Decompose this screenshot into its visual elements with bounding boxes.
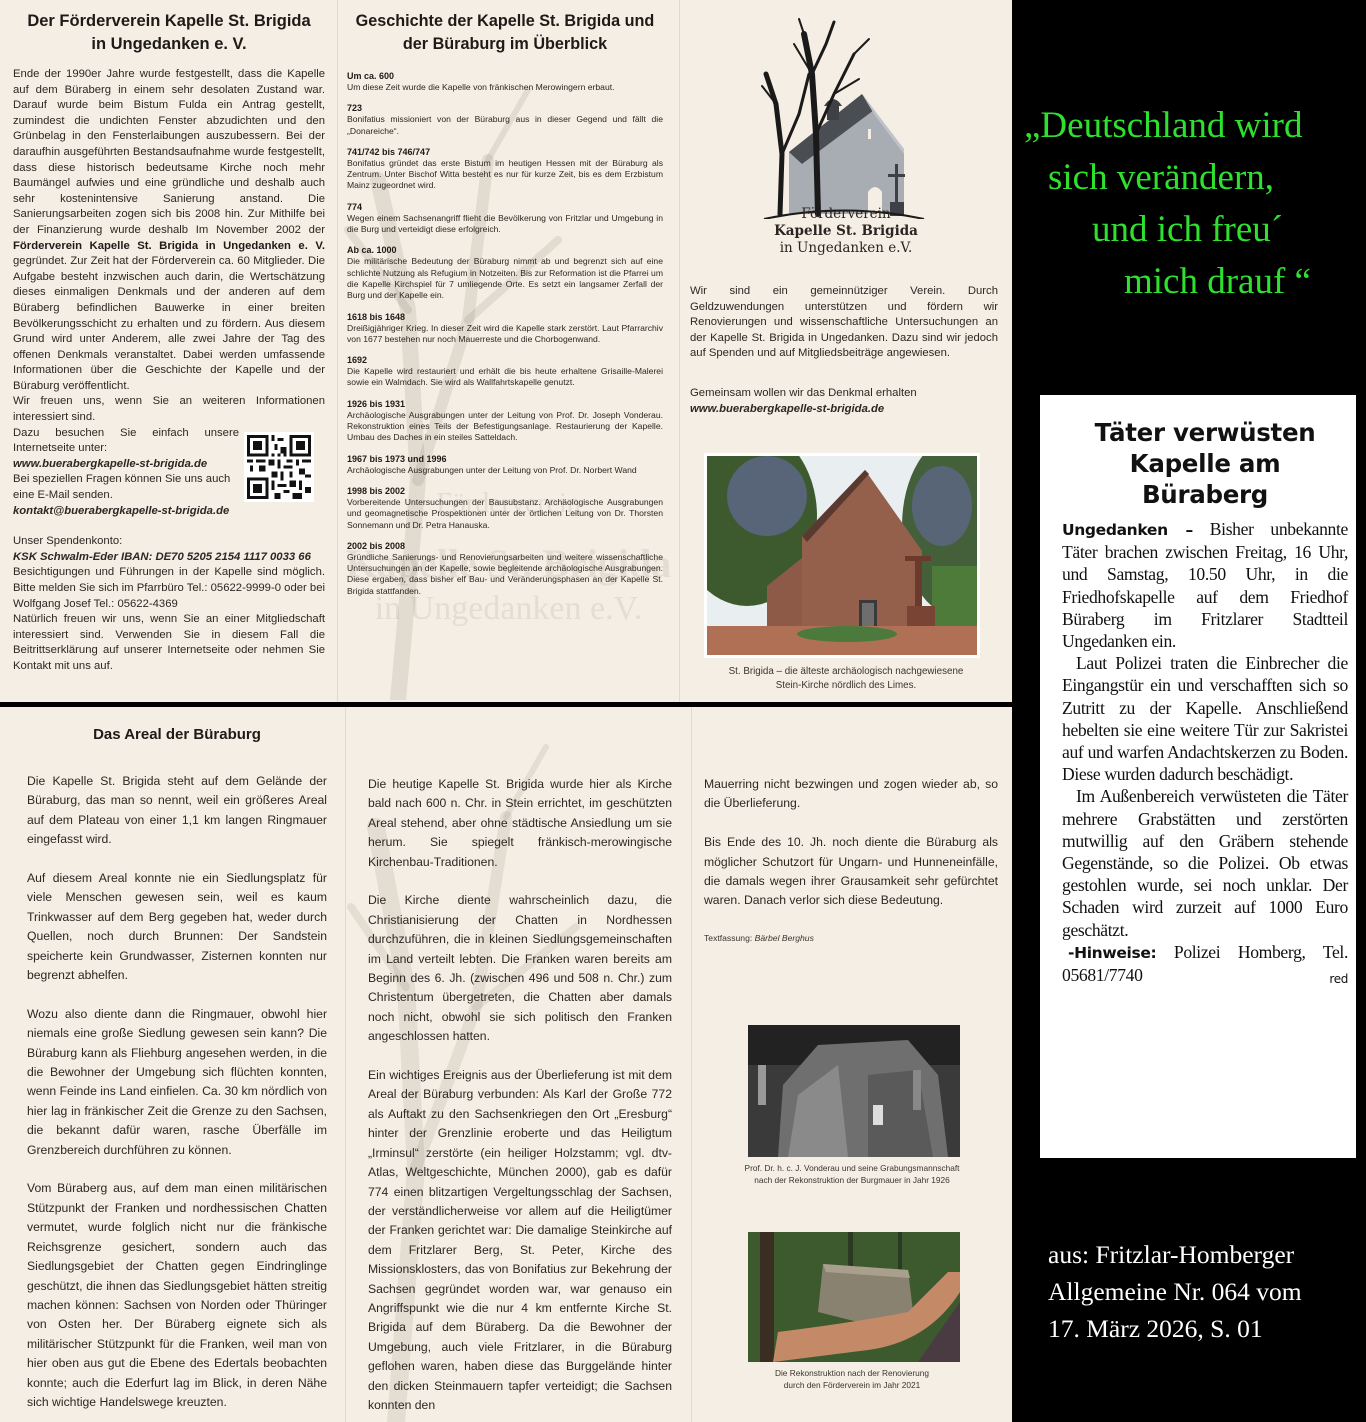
dateline: Ungedanken –	[1062, 521, 1193, 539]
text-run: gegründet. Zur Zeit hat der Förderverein…	[13, 255, 325, 392]
timeline-text: Die militärische Bedeutung der Büraburg …	[347, 256, 663, 301]
timeline-entry: Ab ca. 1000Die militärische Bedeutung de…	[347, 244, 663, 301]
panel-chapel-history: Die heutige Kapelle St. Brigida wurde hi…	[346, 707, 692, 1422]
author-tag: red	[1323, 968, 1348, 990]
timeline-text: Bonifatius missioniert von der Büraburg …	[347, 114, 663, 137]
paragraph: Vom Büraberg aus, auf dem man einen mili…	[27, 1179, 327, 1412]
timeline-entry: 1692Die Kapelle wird restauriert und erh…	[347, 354, 663, 389]
panel-foerderverein: Der Förderverein Kapelle St. Brigida in …	[0, 0, 338, 702]
title-line: in Ungedanken e. V.	[13, 33, 325, 56]
quote-line: sich verändern,	[1022, 152, 1362, 204]
timeline-year: 2002 bis 2008	[347, 540, 663, 552]
timeline-year: Um ca. 600	[347, 70, 663, 82]
paragraph: Mauerring nicht bezwingen und zogen wied…	[704, 775, 998, 814]
continuation-text: Mauerring nicht bezwingen und zogen wied…	[704, 775, 998, 911]
chapel-photo-caption: St. Brigida – die älteste archäologisch …	[680, 665, 1012, 693]
timeline-year: 1926 bis 1931	[347, 398, 663, 410]
title-line: Der Förderverein Kapelle St. Brigida	[13, 10, 325, 33]
paragraph: Die heutige Kapelle St. Brigida wurde hi…	[368, 775, 672, 872]
donation-account: KSK Schwalm-Eder IBAN: DE70 5205 2154 11…	[13, 550, 325, 566]
title-line: der Büraburg im Überblick	[347, 33, 663, 56]
timeline-text: Archäologische Ausgrabungen unter der Le…	[347, 465, 663, 476]
timeline-entry: Um ca. 600Um diese Zeit wurde die Kapell…	[347, 70, 663, 93]
paragraph: Laut Polizei traten die Einbrecher die E…	[1062, 652, 1348, 785]
panel-title: Geschichte der Kapelle St. Brigida und d…	[347, 10, 663, 56]
timeline-entry: 723Bonifatius missioniert von der Bürabu…	[347, 102, 663, 137]
paragraph: Im Außenbereich verwüsteten die Täter me…	[1062, 785, 1348, 940]
timeline-entry: 741/742 bis 746/747Bonifatius gründet da…	[347, 146, 663, 192]
timeline-entry: 1618 bis 1648Dreißigjähriger Krieg. In d…	[347, 311, 663, 346]
timeline-year: 1618 bis 1648	[347, 311, 663, 323]
caption-line: St. Brigida – die älteste archäologisch …	[680, 665, 1012, 679]
source-line: 17. März 2026, S. 01	[1048, 1310, 1366, 1347]
panel-continuation: Mauerring nicht bezwingen und zogen wied…	[692, 707, 1012, 1422]
source-line: Allgemeine Nr. 064 vom	[1048, 1273, 1366, 1310]
caption-line: Stein-Kirche nördlich des Limes.	[680, 679, 1012, 693]
intro-text: Wir sind ein gemeinnütziger Verein. Durc…	[690, 284, 998, 362]
timeline-text: Vorbereitende Untersuchungen der Bausubs…	[347, 497, 663, 531]
excavation-photo-caption: Prof. Dr. h. c. J. Vonderau und seine Gr…	[692, 1162, 1012, 1186]
reconstruction-2021-photo	[748, 1232, 960, 1362]
excavation-1926-photo	[748, 1025, 960, 1157]
timeline-text: Gründliche Sanierungs- und Renovierungsa…	[347, 552, 663, 597]
timeline-year: 1998 bis 2002	[347, 485, 663, 497]
chapel-photo-image	[707, 456, 977, 655]
headline-line: Täter verwüsten	[1062, 417, 1348, 448]
interest-text: Wir freuen uns, wenn Sie an weiteren Inf…	[13, 394, 325, 425]
membership-text: Natürlich freuen wir uns, wenn Sie an ei…	[13, 612, 325, 674]
paragraph: Auf diesem Areal konnte nie ein Siedlung…	[27, 869, 327, 985]
timeline-text: Die Kapelle wird restauriert und erhält …	[347, 366, 663, 389]
source-citation: aus: Fritzlar-Homberger Allgemeine Nr. 0…	[1048, 1236, 1366, 1347]
paragraph: Ungedanken – Bisher unbekannte Täter bra…	[1062, 518, 1348, 652]
logo-line: in Ungedanken e.V.	[680, 240, 1012, 257]
green-quote: „Deutschland wird sich verändern, und ic…	[1022, 100, 1362, 308]
paragraph: Die Kapelle St. Brigida steht auf dem Ge…	[27, 772, 327, 850]
association-history-text: Ende der 1990er Jahre wurde festgestellt…	[13, 67, 325, 394]
chapel-photo	[704, 453, 980, 658]
credit-label: Textfassung:	[704, 933, 752, 943]
timeline-text: Archäologische Ausgrabungen unter der Le…	[347, 410, 663, 444]
logo-line: Förderverein	[680, 206, 1012, 223]
tours-text: Besichtigungen und Führungen in der Kape…	[13, 565, 325, 612]
email-link[interactable]: kontakt@buerabergkapelle-st-brigida.de	[13, 504, 325, 520]
together-text: Gemeinsam wollen wir das Denkmal erhalte…	[690, 386, 998, 402]
quote-line: und ich freu´	[1022, 204, 1362, 256]
timeline-entry: 1926 bis 1931Archäologische Ausgrabungen…	[347, 398, 663, 444]
timeline-year: 1967 bis 1973 und 1996	[347, 453, 663, 465]
credit-name: Bärbel Berghus	[755, 933, 814, 943]
timeline-year: 741/742 bis 746/747	[347, 146, 663, 158]
panel-cover: Förderverein Kapelle St. Brigida in Unge…	[680, 0, 1012, 702]
excavation-photo-image	[748, 1025, 960, 1157]
paragraph: Bis Ende des 10. Jh. noch diente die Bür…	[704, 833, 998, 911]
timeline-entry: 1967 bis 1973 und 1996Archäologische Aus…	[347, 453, 663, 476]
caption-line: Die Rekonstruktion nach der Renovierung	[692, 1367, 1012, 1379]
panel-history-timeline: Förderverein Kapelle St. Brigida in Unge…	[338, 0, 680, 702]
hint-label: -Hinweise:	[1068, 944, 1156, 962]
timeline-entry: 774Wegen einem Sachsenangriff flieht die…	[347, 201, 663, 236]
timeline-text: Wegen einem Sachsenangriff flieht die Be…	[347, 213, 663, 236]
paragraph: Die Kirche diente wahrscheinlich dazu, d…	[368, 891, 672, 1046]
newspaper-clipping: Täter verwüsten Kapelle am Büraberg Unge…	[1040, 395, 1356, 1158]
website-link[interactable]: www.buerabergkapelle-st-brigida.de	[690, 402, 998, 418]
brochure-back: Das Areal der Büraburg Die Kapelle St. B…	[0, 707, 1012, 1422]
clipping-headline: Täter verwüsten Kapelle am Büraberg	[1062, 417, 1348, 510]
logo-line: Kapelle St. Brigida	[680, 223, 1012, 240]
paragraph: -Hinweise: Polizei Homberg, Tel. 05681/7…	[1062, 941, 1348, 986]
timeline-year: 723	[347, 102, 663, 114]
timeline-entry: 2002 bis 2008Gründliche Sanierungs- und …	[347, 540, 663, 597]
timeline-year: 1692	[347, 354, 663, 366]
quote-line: mich drauf “	[1022, 256, 1362, 308]
association-name: Förderverein Kapelle St. Brigida in Unge…	[13, 240, 325, 252]
panel-title: Das Areal der Büraburg	[27, 723, 327, 746]
timeline-list: Um ca. 600Um diese Zeit wurde die Kapell…	[347, 70, 663, 597]
reconstruction-photo-caption: Die Rekonstruktion nach der Renovierung …	[692, 1367, 1012, 1391]
qr-code-icon[interactable]	[244, 432, 314, 502]
paragraph: Ein wichtiges Ereignis aus der Überliefe…	[368, 1066, 672, 1415]
brochure-front: Der Förderverein Kapelle St. Brigida in …	[0, 0, 1012, 702]
visit-text: Dazu besuchen Sie einfach unsere Interne…	[13, 426, 239, 457]
quote-line: „Deutschland wird	[1022, 100, 1362, 152]
donation-label: Unser Spendenkonto:	[13, 534, 325, 550]
timeline-year: 774	[347, 201, 663, 213]
source-line: aus: Fritzlar-Homberger	[1048, 1236, 1366, 1273]
chapel-history-text: Die heutige Kapelle St. Brigida wurde hi…	[368, 775, 672, 1415]
timeline-text: Bonifatius gründet das erste Bistum im h…	[347, 158, 663, 192]
clipping-body: Ungedanken – Bisher unbekannte Täter bra…	[1062, 518, 1348, 986]
caption-line: durch den Förderverein im Jahr 2021	[692, 1379, 1012, 1391]
title-line: Geschichte der Kapelle St. Brigida und	[347, 10, 663, 33]
caption-line: Prof. Dr. h. c. J. Vonderau und seine Gr…	[692, 1162, 1012, 1174]
chapel-with-trees-logo	[754, 14, 934, 219]
text-run: Ende der 1990er Jahre wurde festgestellt…	[13, 68, 325, 236]
headline-line: Kapelle am	[1062, 448, 1348, 479]
timeline-entry: 1998 bis 2002Vorbereitende Untersuchunge…	[347, 485, 663, 531]
timeline-text: Um diese Zeit wurde die Kapelle von frän…	[347, 82, 663, 93]
text-credit: Textfassung: Bärbel Berghus	[704, 933, 998, 943]
together-block: Gemeinsam wollen wir das Denkmal erhalte…	[690, 386, 998, 417]
logo-text: Förderverein Kapelle St. Brigida in Unge…	[680, 206, 1012, 257]
timeline-text: Dreißigjähriger Krieg. In dieser Zeit wi…	[347, 323, 663, 346]
areal-text: Die Kapelle St. Brigida steht auf dem Ge…	[27, 772, 327, 1412]
timeline-year: Ab ca. 1000	[347, 244, 663, 256]
paragraph: Wozu also diente dann die Ringmauer, obw…	[27, 1005, 327, 1160]
email-text: Bei speziellen Fragen können Sie uns auc…	[13, 472, 239, 503]
reconstruction-photo-image	[748, 1232, 960, 1362]
caption-line: nach der Rekonstruktion der Burgmauer in…	[692, 1174, 1012, 1186]
panel-title: Der Förderverein Kapelle St. Brigida in …	[13, 10, 325, 56]
panel-areal: Das Areal der Büraburg Die Kapelle St. B…	[0, 707, 346, 1422]
headline-line: Büraberg	[1062, 479, 1348, 510]
